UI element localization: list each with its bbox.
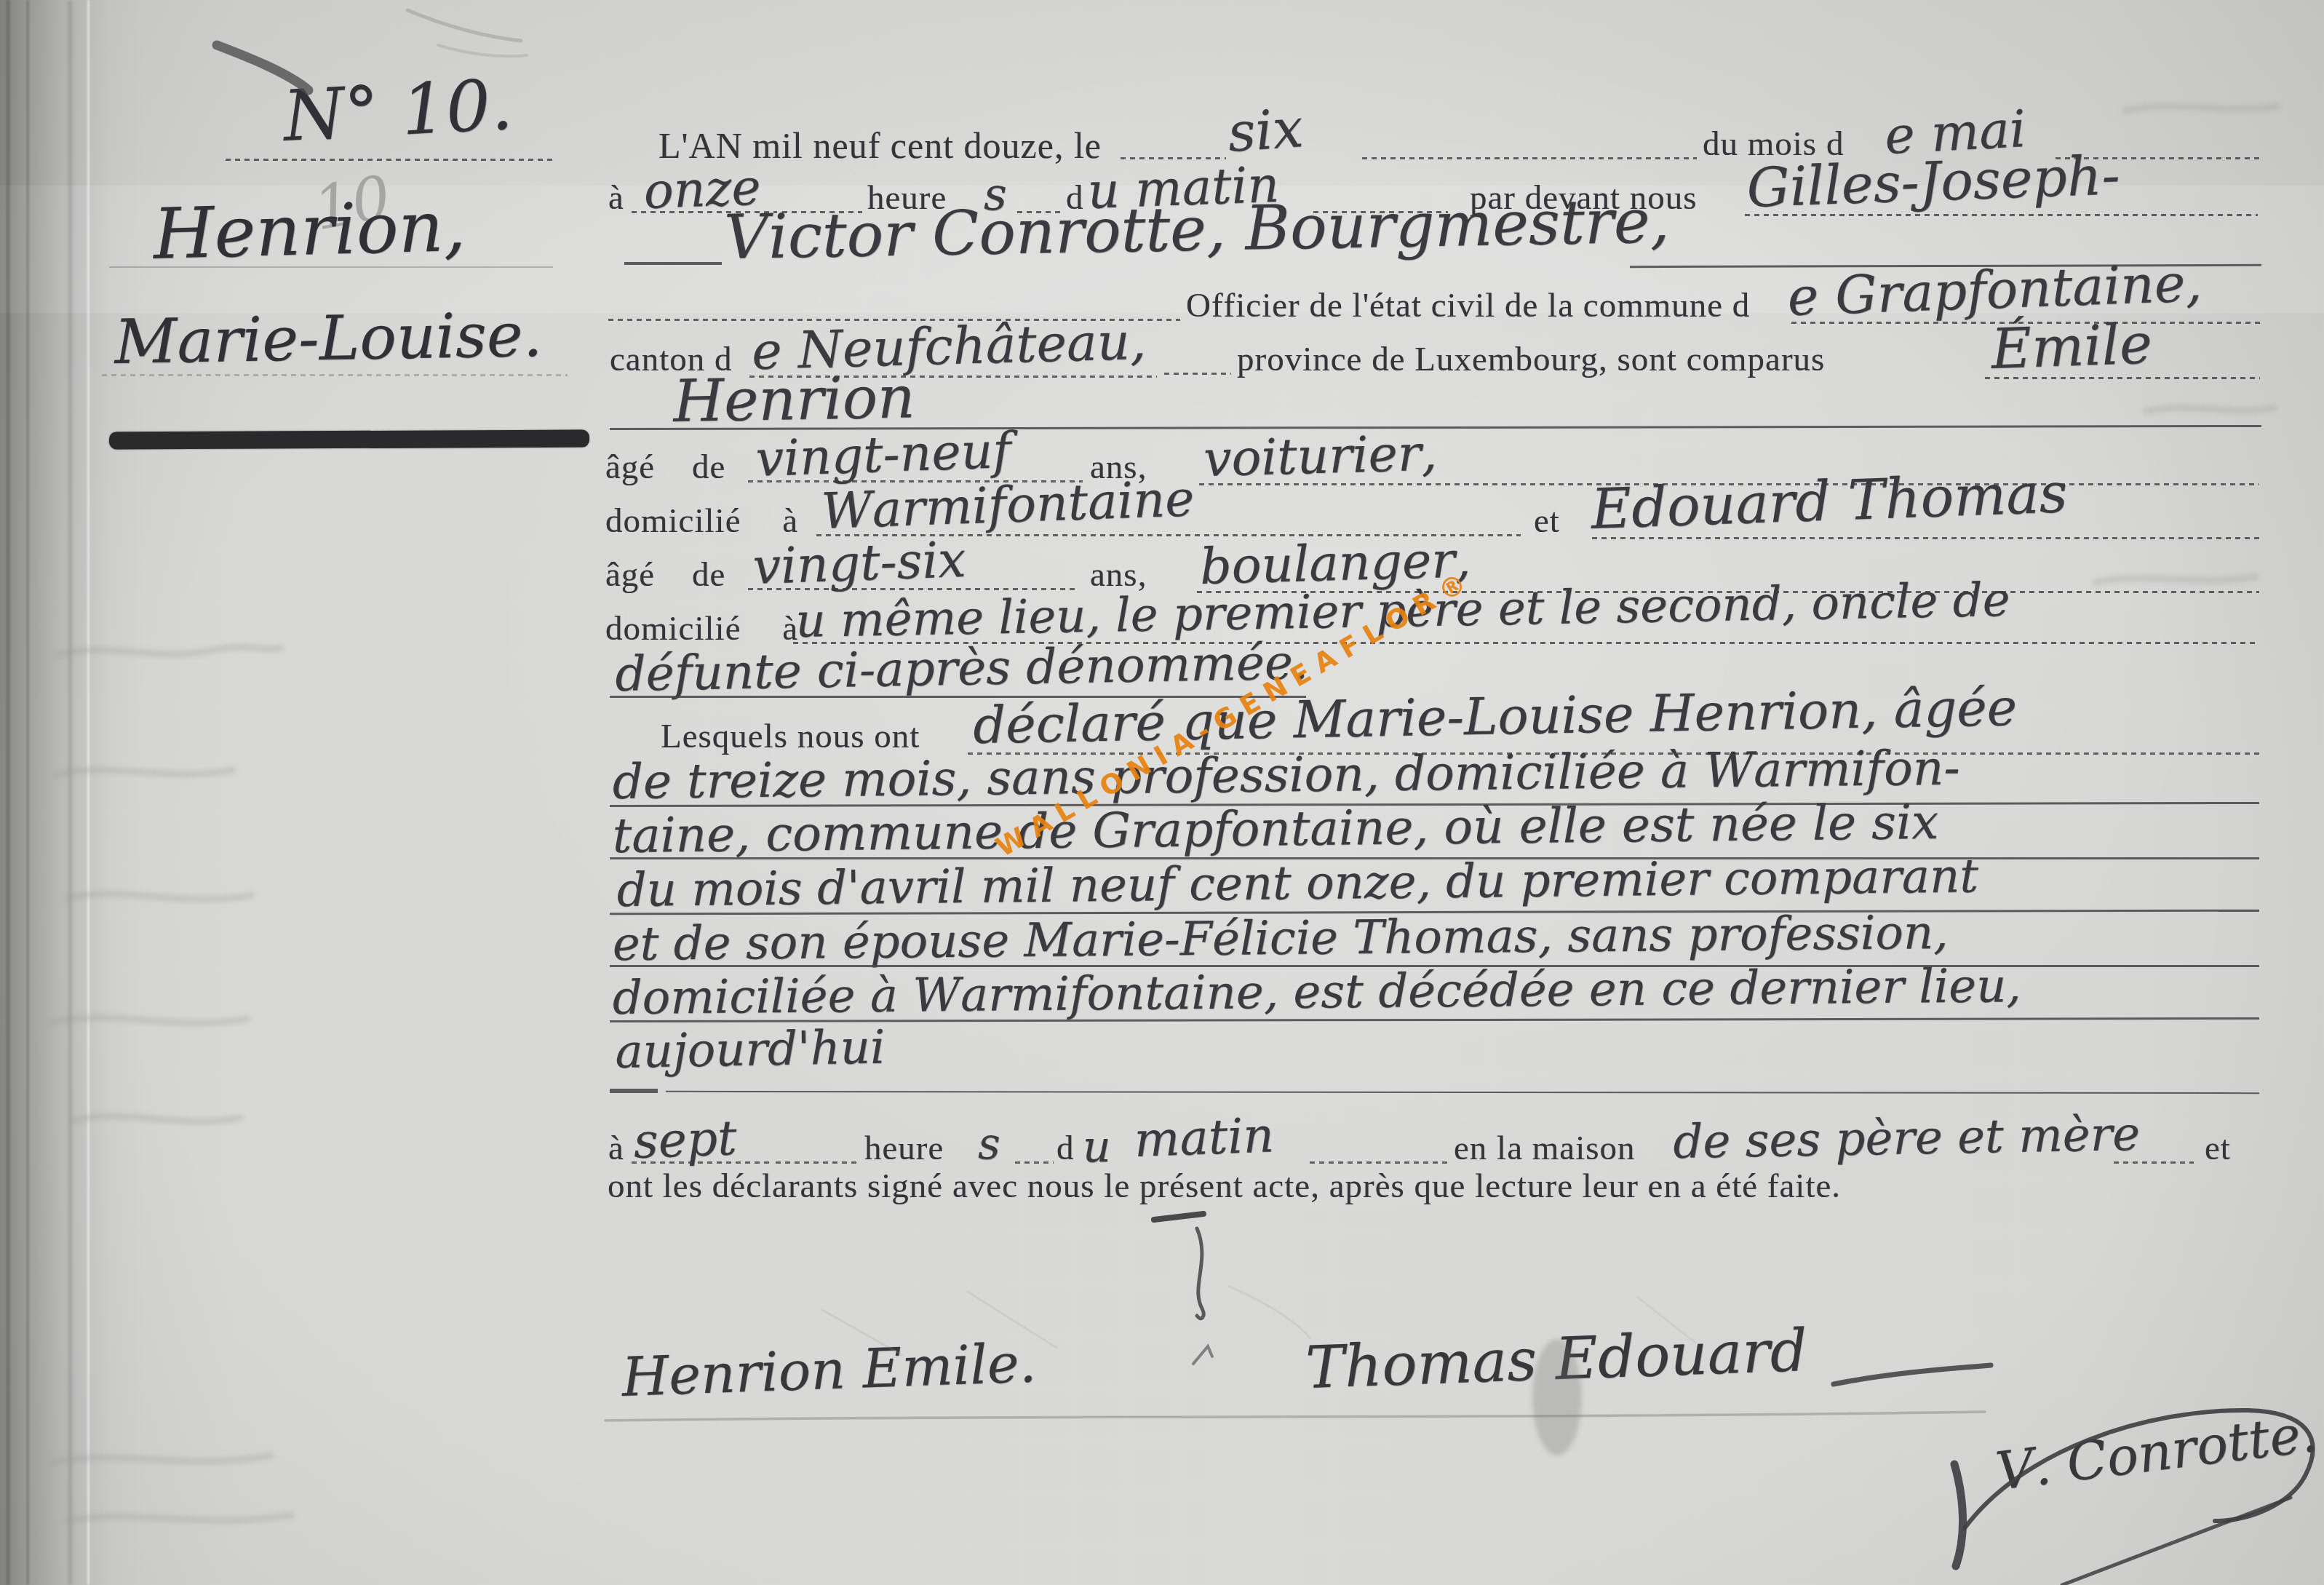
pencil-scribble-top	[217, 10, 527, 90]
officer-signature-paraph	[1954, 1410, 2313, 1585]
pencil-line-signatures	[605, 1287, 1985, 1421]
ink-flourish-under-text	[1154, 1214, 1212, 1364]
scanned-death-record-page: N° 10. 10 Henrion, Marie-Louise. L'AN mi…	[0, 0, 2324, 1585]
ink-blot-smudge	[1532, 1339, 1582, 1455]
artifact-overlay	[0, 0, 2324, 1585]
signature-tail-stroke	[1834, 1365, 1991, 1384]
bleed-through-marks	[52, 106, 2277, 1521]
